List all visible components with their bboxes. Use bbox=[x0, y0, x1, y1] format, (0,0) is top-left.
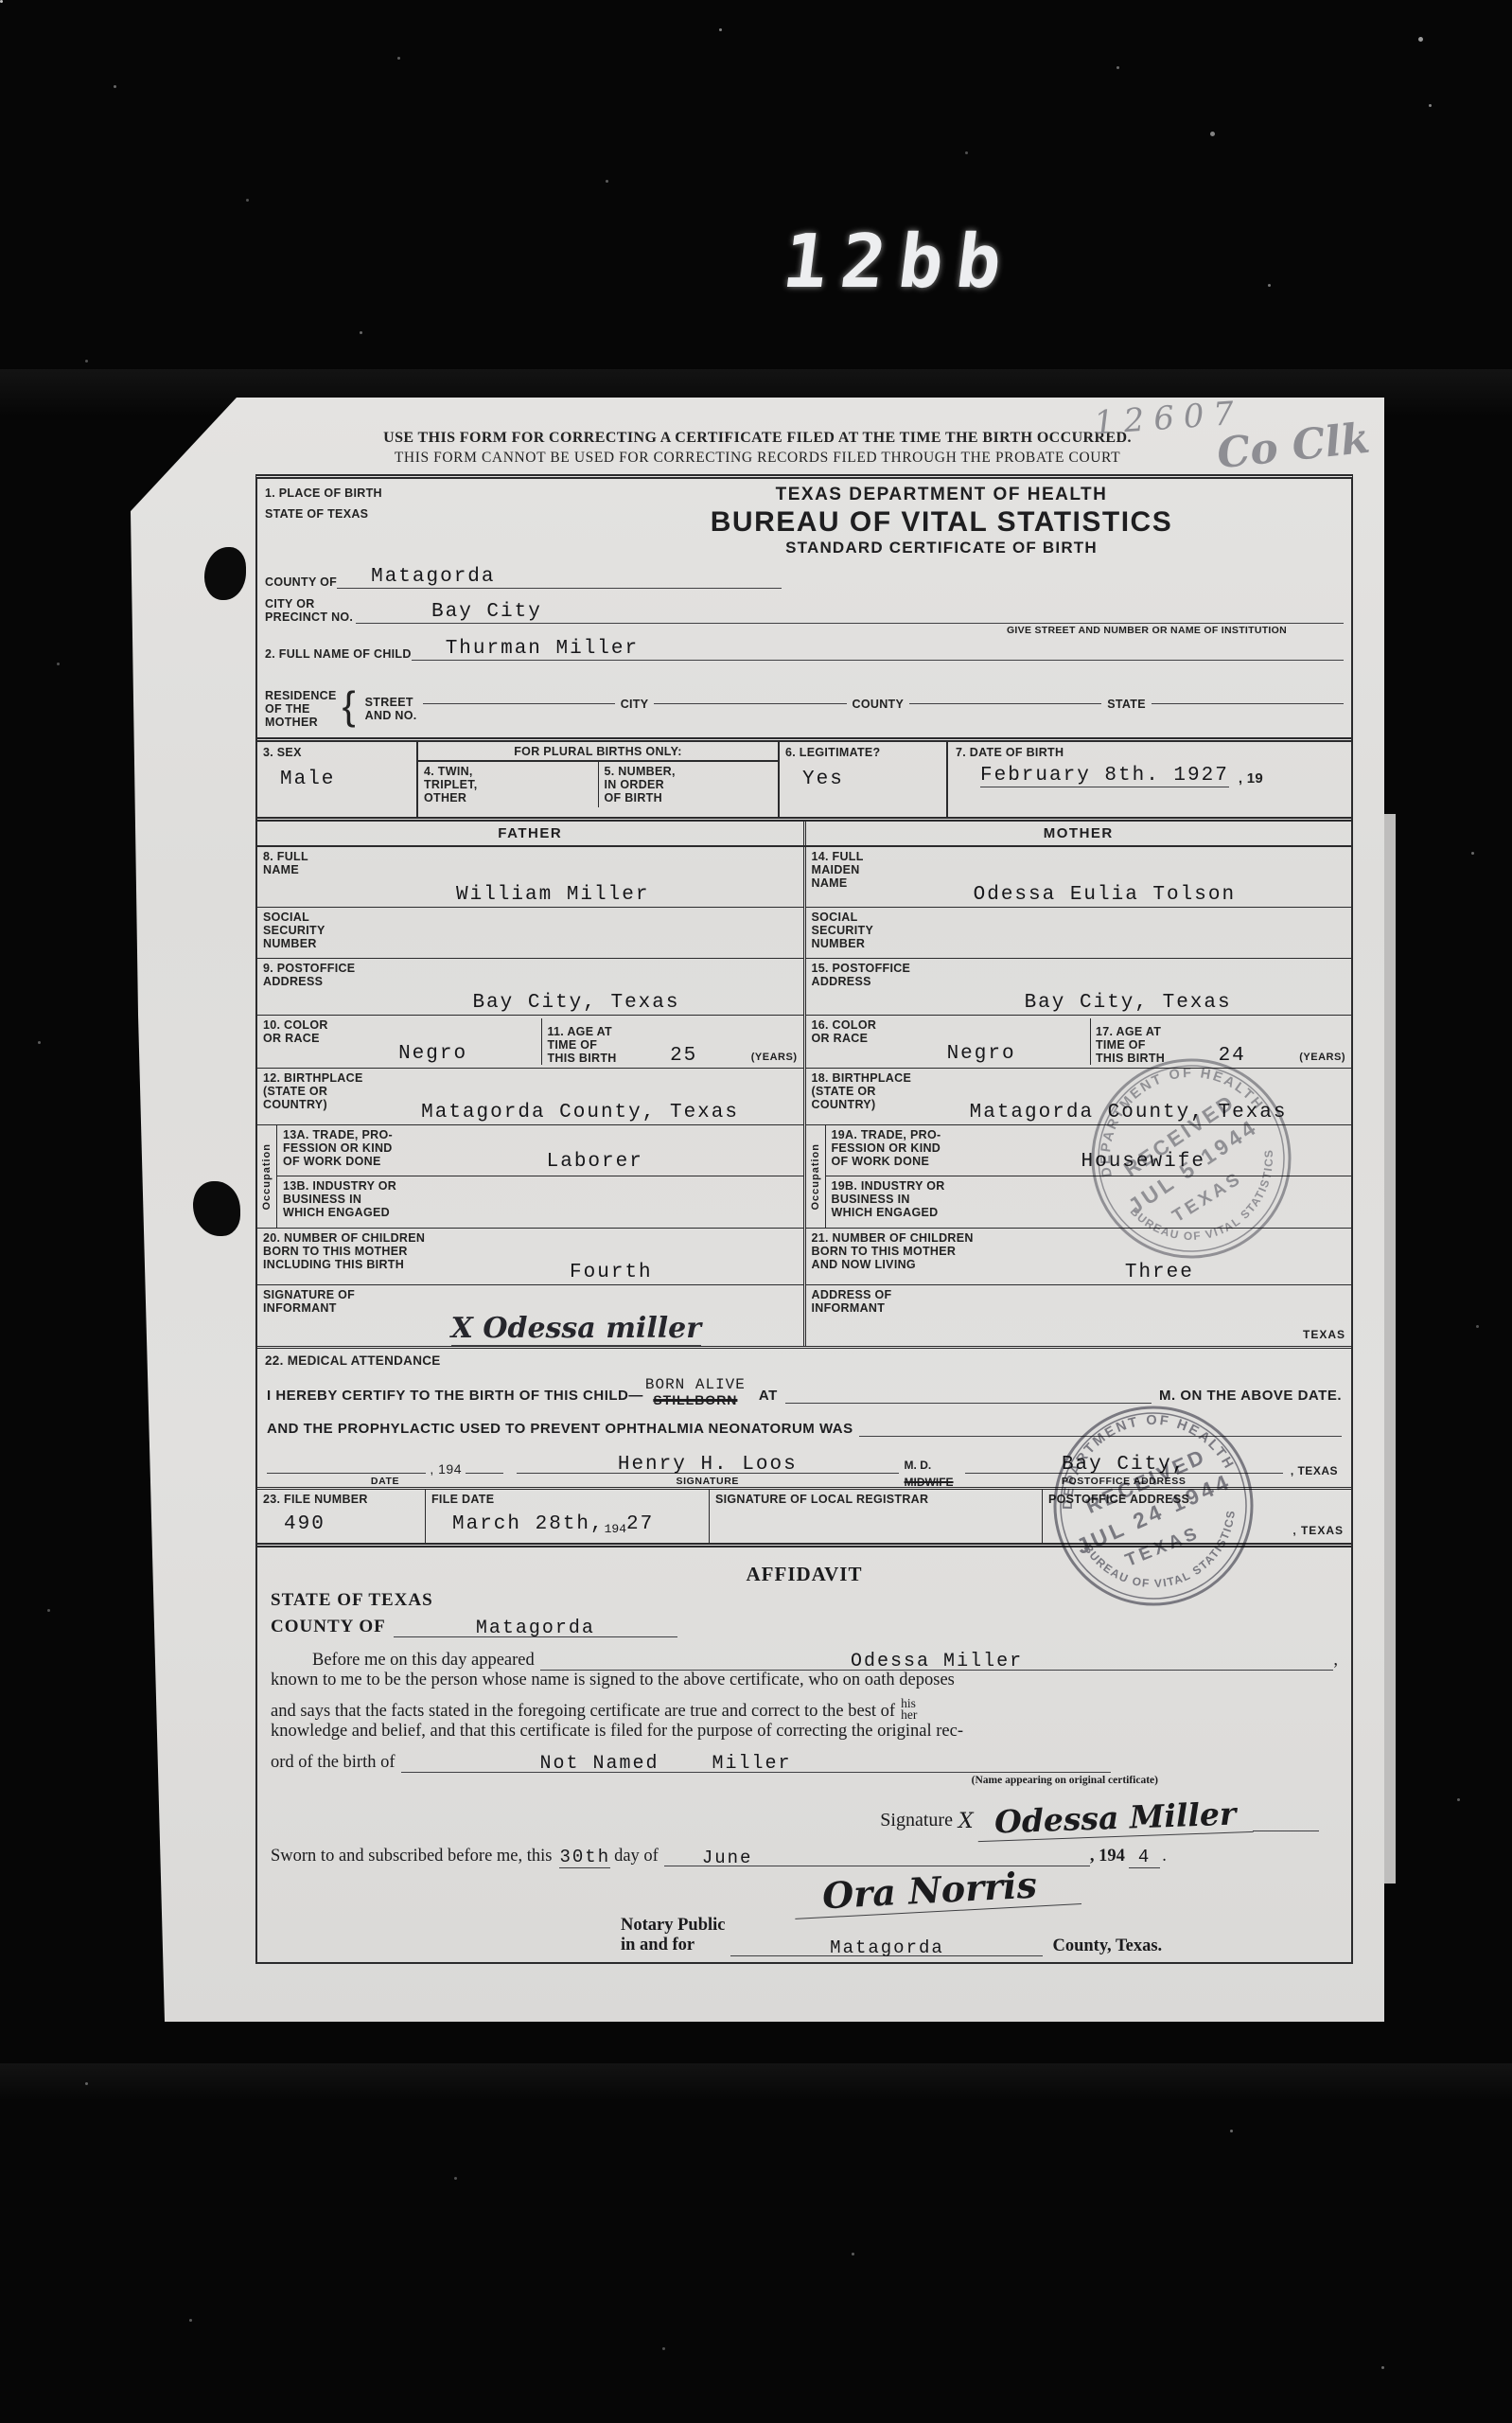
birth-certificate-document: 12607 Co Clk USE THIS FORM FOR CORRECTIN… bbox=[131, 398, 1384, 2022]
father-age-label: 11. AGE ATTIME OFTHIS BIRTH bbox=[547, 1025, 616, 1065]
film-frame-counter: 12bb bbox=[778, 220, 1019, 305]
mother-trade-label: 19A. TRADE, PRO-FESSION OR KINDOF WORK D… bbox=[832, 1128, 941, 1168]
affidavit-signature-line: Signature X Odessa Miller bbox=[271, 1799, 1338, 1831]
local-registrar-label: SIGNATURE OF LOCAL REGISTRAR bbox=[715, 1493, 1036, 1506]
children-living-label: 21. NUMBER OF CHILDRENBORN TO THIS MOTHE… bbox=[812, 1231, 974, 1271]
affidavit-county-label: COUNTY OF bbox=[271, 1617, 386, 1637]
city-value: Bay City bbox=[431, 601, 542, 623]
sworn-end: . bbox=[1162, 1847, 1167, 1866]
residence-state-label: STATE bbox=[1107, 698, 1146, 711]
residence-city-label: CITY bbox=[621, 698, 649, 711]
notary-signature-wrap: Ora Norris bbox=[271, 1868, 1338, 1912]
mother-occupation-side-label: Occupation bbox=[810, 1143, 821, 1211]
sworn-mid: day of bbox=[614, 1847, 659, 1866]
informant-address-label: ADDRESS OFINFORMANT bbox=[812, 1288, 892, 1315]
mother-po-address-label: 15. POSTOFFICEADDRESS bbox=[812, 962, 911, 988]
sworn-day: 30th bbox=[559, 1847, 610, 1868]
mother-ssn-label: SOCIALSECURITYNUMBER bbox=[812, 911, 874, 950]
street-hint: GIVE STREET AND NUMBER OR NAME OF INSTIT… bbox=[265, 625, 1344, 636]
dob-year-prefix: , 19 bbox=[1239, 771, 1263, 787]
father-po-address-value: Bay City, Texas bbox=[355, 992, 797, 1014]
microfilm-frame: 12bb 12607 Co Clk USE THIS FORM FOR CORR… bbox=[0, 0, 1512, 2423]
affidavit-line-2: known to me to be the person whose name … bbox=[271, 1671, 1338, 1690]
father-occupation-side-label: Occupation bbox=[261, 1143, 273, 1211]
street-and-no-label: STREETAND NO. bbox=[365, 696, 417, 722]
date-under-label: DATE bbox=[267, 1476, 503, 1487]
file-number-value: 490 bbox=[284, 1513, 419, 1535]
notary-signature-value: Ora Norris bbox=[793, 1861, 1081, 1919]
date-of-birth-label: 7. DATE OF BIRTH bbox=[956, 746, 1344, 759]
number-in-order-label: 5. NUMBER,IN ORDEROF BIRTH bbox=[599, 762, 779, 807]
father-trade-value: Laborer bbox=[393, 1151, 798, 1173]
father-header: FATHER bbox=[257, 822, 806, 845]
his-her-stack: hisher bbox=[901, 1698, 917, 1723]
affidavit-county-value: Matagorda bbox=[394, 1618, 677, 1639]
prophylactic-text: AND THE PROPHYLACTIC USED TO PREVENT OPH… bbox=[267, 1421, 853, 1437]
notary-county-value: Matagorda bbox=[730, 1937, 1043, 1958]
signature-under-label: SIGNATURE bbox=[517, 1476, 899, 1487]
md-midwife-stack: M. D. MIDWIFE bbox=[905, 1457, 954, 1490]
section-place-of-birth: 1. PLACE OF BIRTH STATE OF TEXAS TEXAS D… bbox=[257, 479, 1351, 680]
mother-header: MOTHER bbox=[806, 822, 1352, 845]
year-blank: , 194 bbox=[430, 1461, 462, 1477]
legitimate-label: 6. LEGITIMATE? bbox=[785, 746, 941, 759]
at-label: AT bbox=[759, 1388, 778, 1404]
mother-age-unit: (YEARS) bbox=[1299, 1052, 1345, 1063]
date-of-birth-value: February 8th. 1927 bbox=[980, 765, 1229, 787]
residence-county-label: COUNTY bbox=[853, 698, 905, 711]
father-occupation-block: Occupation 13A. TRADE, PRO-FESSION OR KI… bbox=[257, 1125, 803, 1229]
mother-color-value: Negro bbox=[876, 1043, 1086, 1065]
sex-value: Male bbox=[280, 769, 411, 790]
full-name-of-child-label: 2. FULL NAME OF CHILD bbox=[265, 647, 412, 661]
state-of-texas-label: STATE OF TEXAS bbox=[265, 507, 539, 521]
sex-label: 3. SEX bbox=[263, 746, 411, 759]
appeared-pre: Before me on this day appeared bbox=[271, 1651, 535, 1671]
sworn-pre: Sworn to and subscribed before me, this bbox=[271, 1847, 552, 1866]
affidavit-line-4: knowledge and belief, and that this cert… bbox=[271, 1722, 1338, 1742]
born-alive-stillborn: BORN ALIVE STILLBORN bbox=[645, 1377, 746, 1409]
father-po-address-label: 9. POSTOFFICEADDRESS bbox=[263, 962, 355, 988]
affidavit-signature-value: Odessa Miller bbox=[976, 1795, 1254, 1842]
county-of-value: Matagorda bbox=[371, 566, 495, 588]
mother-industry-label: 19B. INDUSTRY ORBUSINESS INWHICH ENGAGED bbox=[832, 1179, 945, 1219]
notary-county-texas: County, Texas. bbox=[1052, 1937, 1162, 1956]
original-name-value: Not Named Miller bbox=[401, 1753, 931, 1775]
md-label: M. D. bbox=[905, 1459, 932, 1472]
birth-of-pre: ord of the birth of bbox=[271, 1753, 396, 1773]
film-speckles bbox=[0, 0, 3, 3]
city-or-precinct-label: CITY ORPRECINCT NO. bbox=[265, 597, 356, 624]
father-age-value: 25 bbox=[617, 1045, 751, 1067]
legitimate-value: Yes bbox=[802, 769, 941, 790]
signature-label: Signature bbox=[880, 1810, 953, 1831]
physician-name: Henry H. Loos bbox=[517, 1454, 899, 1476]
father-name-label: 8. FULLNAME bbox=[263, 850, 308, 876]
file-date-value: March 28th,19427 bbox=[452, 1513, 703, 1536]
twin-triplet-other-label: 4. TWIN,TRIPLET,OTHER bbox=[418, 762, 599, 807]
department-title: TEXAS DEPARTMENT OF HEALTH bbox=[539, 485, 1344, 505]
certificate-subtitle: STANDARD CERTIFICATE OF BIRTH bbox=[539, 539, 1344, 557]
notary-public-label: Notary Publicin and for bbox=[621, 1916, 725, 1956]
ink-blot bbox=[193, 1181, 240, 1236]
texas-suffix: , TEXAS bbox=[1291, 1464, 1338, 1477]
original-name-note: (Name appearing on original certificate) bbox=[271, 1775, 1338, 1786]
mother-name-value: Odessa Eulia Tolson bbox=[864, 884, 1345, 906]
place-of-birth-label: 1. PLACE OF BIRTH bbox=[265, 486, 539, 500]
stillborn-struck: STILLBORN bbox=[653, 1392, 737, 1407]
notice-line-2: THIS FORM CANNOT BE USED FOR CORRECTING … bbox=[131, 450, 1384, 467]
mother-name-label: 14. FULLMAIDENNAME bbox=[812, 850, 864, 890]
appeared-post: , bbox=[1333, 1651, 1338, 1671]
plural-births-header: FOR PLURAL BIRTHS ONLY: bbox=[418, 742, 778, 762]
section-residence-of-mother: RESIDENCEOF THEMOTHER { STREETAND NO. CI… bbox=[257, 680, 1351, 742]
section-sex-plural-legitimate-dob: 3. SEX Male FOR PLURAL BIRTHS ONLY: 4. T… bbox=[257, 742, 1351, 822]
ink-blot bbox=[204, 547, 246, 600]
informant-texas-label: TEXAS bbox=[1303, 1328, 1345, 1341]
father-birthplace-value: Matagorda County, Texas bbox=[363, 1102, 798, 1123]
file-number-label: 23. FILE NUMBER bbox=[263, 1493, 419, 1506]
father-industry-label: 13B. INDUSTRY ORBUSINESS INWHICH ENGAGED bbox=[283, 1179, 396, 1219]
residence-of-mother-label: RESIDENCEOF THEMOTHER bbox=[265, 689, 337, 729]
signature-x-mark: X bbox=[958, 1810, 974, 1833]
father-color-label: 10. COLOROR RACE bbox=[263, 1018, 328, 1045]
certify-text-pre: I HEREBY CERTIFY TO THE BIRTH OF THIS CH… bbox=[267, 1388, 643, 1404]
father-name-value: William Miller bbox=[308, 884, 798, 906]
midwife-struck-label: MIDWIFE bbox=[905, 1476, 954, 1489]
mother-po-address-value: Bay City, Texas bbox=[910, 992, 1345, 1014]
section-medical-attendance: 22. MEDICAL ATTENDANCE bbox=[257, 1346, 1351, 1371]
born-alive-typed: BORN ALIVE bbox=[645, 1376, 746, 1393]
father-color-value: Negro bbox=[328, 1043, 538, 1065]
underlying-page-edge bbox=[1383, 814, 1396, 1884]
film-band bbox=[0, 2063, 1512, 2101]
father-ssn-label: SOCIALSECURITYNUMBER bbox=[263, 911, 325, 950]
informant-signature-value: X Odessa miller bbox=[451, 1312, 701, 1346]
child-name-value: Thurman Miller bbox=[446, 638, 639, 660]
father-birthplace-label: 12. BIRTHPLACE(STATE ORCOUNTRY) bbox=[263, 1071, 363, 1111]
brace-glyph: { bbox=[343, 683, 356, 729]
filerow-texas-label: , TEXAS bbox=[1292, 1524, 1344, 1537]
notary-line: Notary Publicin and for Matagorda County… bbox=[271, 1916, 1338, 1956]
sworn-year-pre: , 194 bbox=[1090, 1847, 1125, 1866]
medical-attendance-label: 22. MEDICAL ATTENDANCE bbox=[265, 1353, 441, 1368]
father-age-unit: (YEARS) bbox=[751, 1052, 798, 1063]
county-of-label: COUNTY OF bbox=[265, 575, 337, 589]
sworn-year: 4 bbox=[1129, 1847, 1160, 1868]
father-trade-label: 13A. TRADE, PRO-FESSION OR KINDOF WORK D… bbox=[283, 1128, 393, 1168]
mother-birthplace-label: 18. BIRTHPLACE(STATE ORCOUNTRY) bbox=[812, 1071, 912, 1111]
bureau-title: BUREAU OF VITAL STATISTICS bbox=[539, 506, 1344, 539]
sworn-line: Sworn to and subscribed before me, this … bbox=[271, 1847, 1338, 1866]
appeared-value: Odessa Miller bbox=[540, 1651, 1334, 1672]
affidavit-line-3: and says that the facts stated in the fo… bbox=[271, 1702, 895, 1722]
parent-column-headers: FATHER MOTHER bbox=[257, 822, 1351, 847]
informant-signature-label: SIGNATURE OFINFORMANT bbox=[263, 1288, 355, 1315]
children-born-value: Fourth bbox=[425, 1262, 797, 1283]
father-column: 8. FULLNAME William Miller SOCIALSECURIT… bbox=[257, 847, 806, 1346]
mother-color-label: 16. COLOROR RACE bbox=[812, 1018, 877, 1045]
file-date-label: FILE DATE bbox=[431, 1493, 703, 1506]
sworn-month: June bbox=[664, 1848, 976, 1868]
children-born-label: 20. NUMBER OF CHILDRENBORN TO THIS MOTHE… bbox=[263, 1231, 425, 1271]
